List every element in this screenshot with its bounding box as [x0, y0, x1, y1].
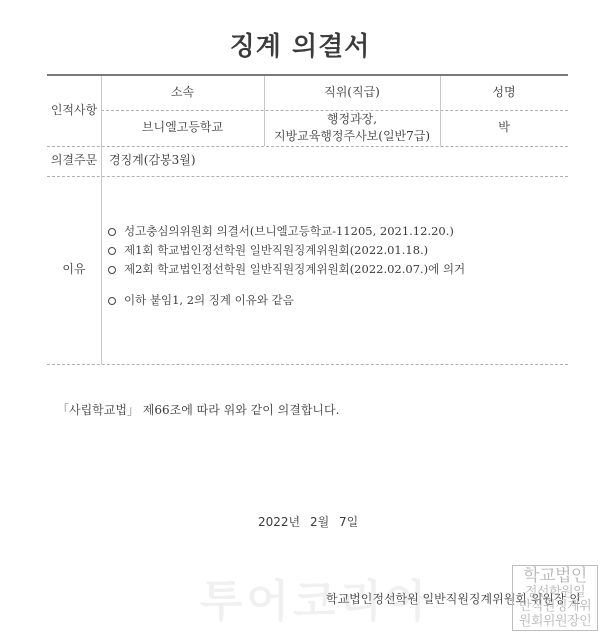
reasons-list: 성고충심의위원회 의결서(브니엘고등학교-11205, 2021.12.20.)… [108, 222, 465, 310]
document-title: 징계 의결서 [0, 26, 600, 63]
reason-item: 제1회 학교법인정선학원 일반직원징계위원회(2022.01.18.) [108, 241, 465, 260]
header-position: 직위(직급) [264, 76, 440, 110]
seal-line: 원회위원장인 [519, 615, 591, 629]
value-position: 행정과장, 지방교육행정주사보(일반7급) [264, 110, 440, 146]
disciplinary-table: 인적사항 소속 직위(직급) 성명 브니엘고등학교 행정과장, 지방교육행정주사… [47, 74, 568, 366]
reasons-label: 이유 [47, 176, 101, 364]
header-affiliation: 소속 [101, 76, 264, 110]
header-name: 성명 [440, 76, 568, 110]
circle-bullet-icon [108, 228, 116, 236]
divider [47, 176, 568, 177]
divider [47, 364, 568, 365]
legal-statement: 「사립학교법」 제66조에 따라 위와 같이 의결합니다. [57, 401, 339, 418]
reason-text: 제2회 학교법인정선학원 일반직원징계위원회(2022.02.07.)에 의거 [124, 260, 465, 279]
decision-label: 의결주문 [47, 146, 101, 176]
circle-bullet-icon [108, 247, 116, 255]
seal-line: 반직원징계위 [519, 600, 591, 614]
official-seal: 학교법인 정선학원일 반직원징계위 원회위원장인 [512, 565, 598, 631]
decision-date: 2022년 2월 7일 [258, 513, 358, 530]
seal-line: 정선학원일 [525, 586, 585, 600]
value-affiliation: 브니엘고등학교 [101, 110, 264, 146]
personal-info-label: 인적사항 [47, 76, 101, 146]
reason-text: 이하 붙임1, 2의 징계 이유와 같음 [124, 291, 294, 310]
position-line-1: 행정과장, [327, 111, 377, 128]
reason-item: 성고충심의위원회 의결서(브니엘고등학교-11205, 2021.12.20.) [108, 222, 465, 241]
circle-bullet-icon [108, 297, 116, 305]
reason-item: 이하 붙임1, 2의 징계 이유와 같음 [108, 291, 465, 310]
decision-value: 경징계(감봉3월) [109, 146, 409, 176]
reason-text: 성고충심의위원회 의결서(브니엘고등학교-11205, 2021.12.20.) [124, 222, 454, 241]
position-line-2: 지방교육행정주사보(일반7급) [274, 128, 430, 145]
seal-line: 학교법인 [523, 567, 587, 585]
value-name: 박 [440, 110, 568, 146]
circle-bullet-icon [108, 266, 116, 274]
reason-item: 제2회 학교법인정선학원 일반직원징계위원회(2022.02.07.)에 의거 [108, 260, 465, 279]
reason-text: 제1회 학교법인정선학원 일반직원징계위원회(2022.01.18.) [124, 241, 428, 260]
